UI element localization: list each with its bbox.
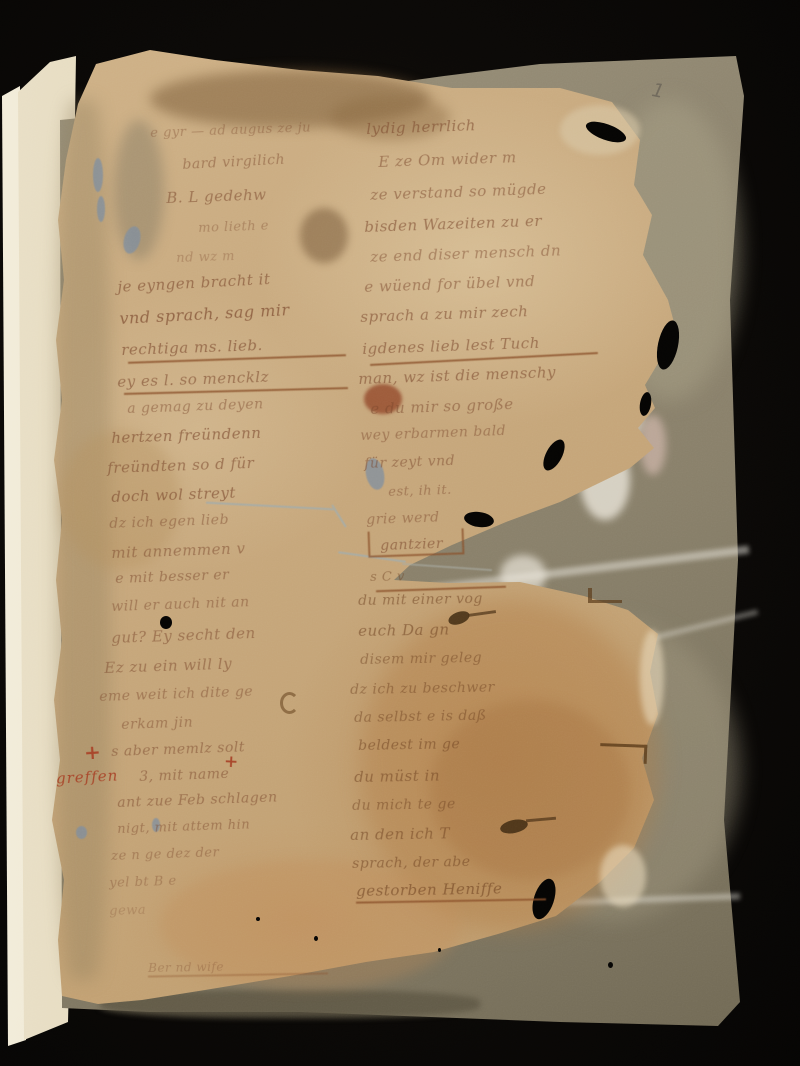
paragraph-mark <box>499 817 529 836</box>
paragraph-marks <box>0 0 800 1066</box>
marginal-cross: + <box>83 739 101 764</box>
marginal-word: greffen <box>56 766 119 787</box>
paragraph-mark <box>447 609 472 628</box>
paragraph-mark <box>526 817 556 823</box>
paragraph-mark <box>280 692 299 714</box>
manuscript-photo: 1 <box>0 0 800 1066</box>
insertion-mark <box>600 743 648 764</box>
paragraph-mark <box>468 610 496 617</box>
insertion-mark <box>588 588 622 603</box>
inline-cross: + <box>223 752 238 773</box>
